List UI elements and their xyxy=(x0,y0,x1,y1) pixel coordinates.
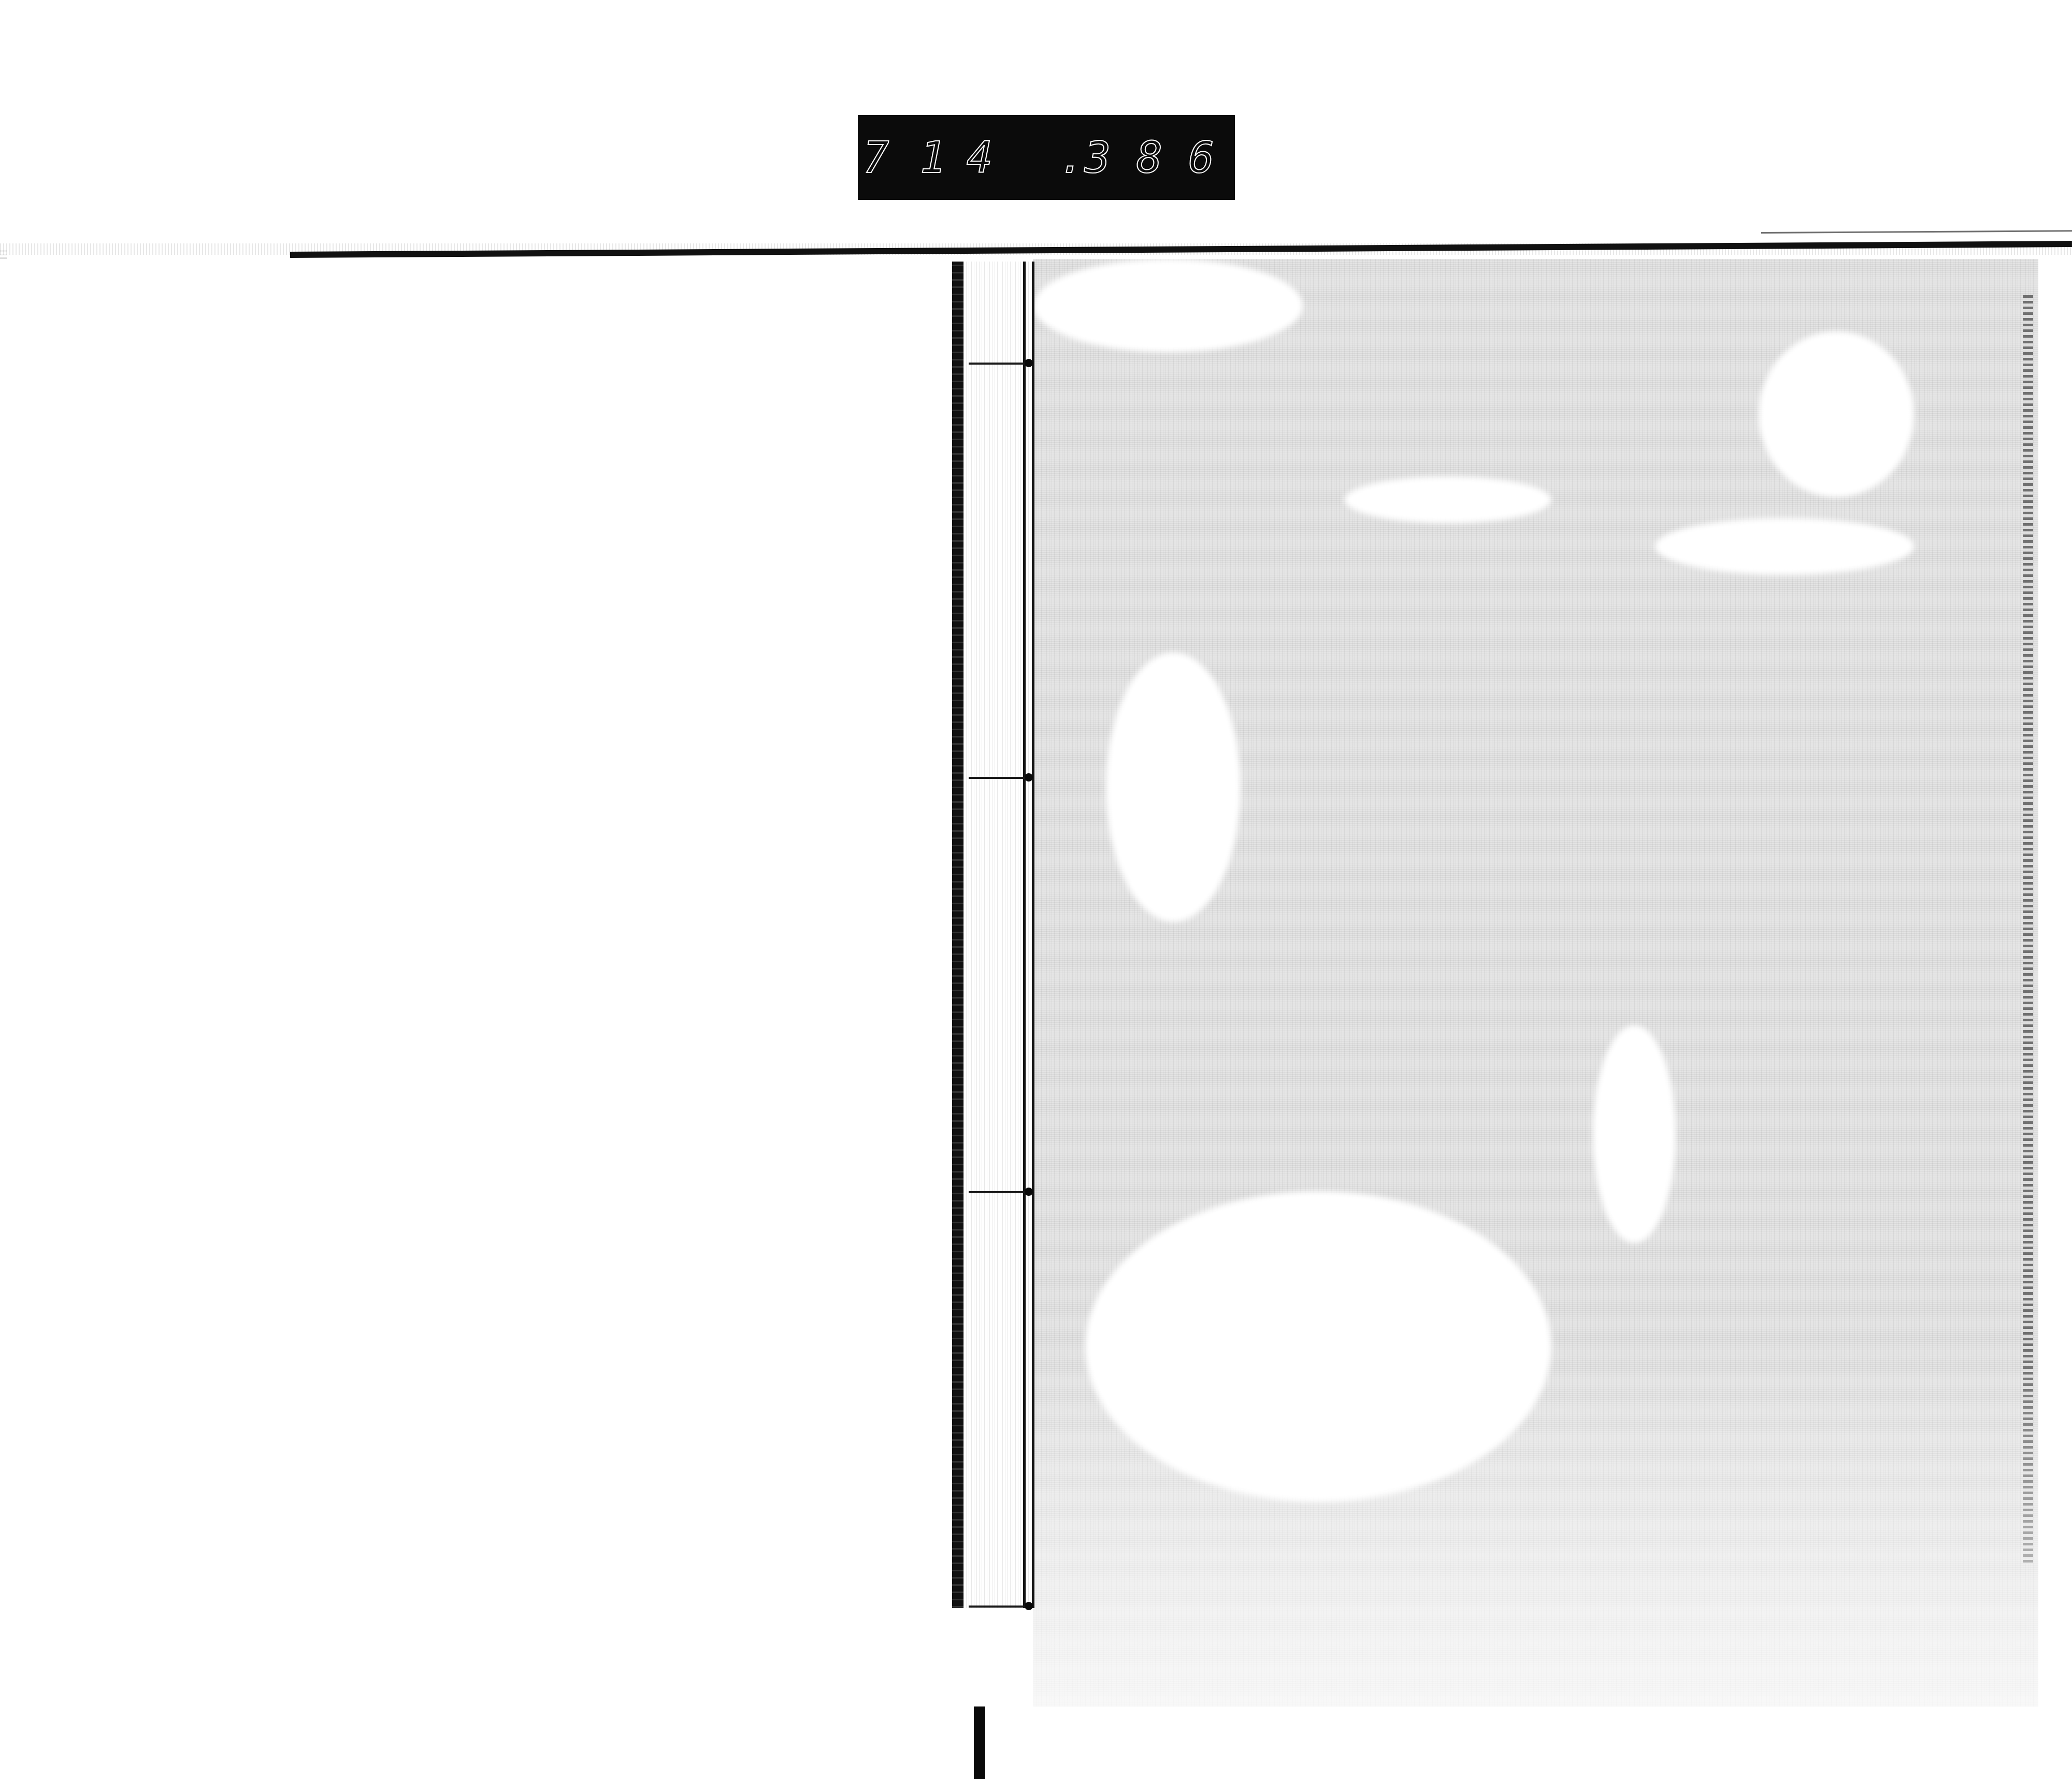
scanned-page: 7 1 4 . 3 8 6 xyxy=(0,0,2072,1779)
binding-stitch xyxy=(969,777,1031,779)
shelf-mark-digit: 6 xyxy=(1183,132,1219,183)
binding-strip xyxy=(963,262,1030,1608)
shelf-mark-digit: 3 xyxy=(1080,132,1116,183)
cover-wear-spot xyxy=(1033,259,1303,352)
shelf-mark-digit: 1 xyxy=(915,132,951,183)
left-blank-page xyxy=(0,259,956,1779)
cover-wear-spot xyxy=(1344,476,1551,523)
binding-thread xyxy=(1023,262,1026,1608)
cover-wear-spot xyxy=(1593,1025,1676,1243)
shelf-mark-decimal-point: . xyxy=(1059,132,1080,183)
spine-shadow xyxy=(952,262,963,1608)
shelf-mark-digit: 4 xyxy=(961,132,998,183)
stitch-knot-icon xyxy=(1025,773,1033,782)
spine-tail xyxy=(974,1706,985,1779)
shelf-mark-digit: 8 xyxy=(1131,132,1168,183)
shelf-mark-label: 7 1 4 . 3 8 6 xyxy=(858,115,1235,200)
stitch-knot-icon xyxy=(1025,1602,1033,1610)
cover-bottom-fade xyxy=(1033,1347,2038,1709)
cover-wear-spot xyxy=(1759,331,1914,497)
stitch-knot-icon xyxy=(1025,359,1033,367)
cover-wear-spot xyxy=(1106,653,1241,922)
shelf-mark-digit: 7 xyxy=(858,132,894,183)
cover-wear-spot xyxy=(1655,518,1914,575)
binding-thread xyxy=(1032,262,1034,1608)
stitch-knot-icon xyxy=(1025,1188,1033,1196)
binding-stitch xyxy=(969,363,1031,365)
binding-stitch xyxy=(969,1606,1031,1608)
binding-stitch xyxy=(969,1191,1031,1193)
shelf-mark-digits: 7 1 4 . 3 8 6 xyxy=(858,132,1235,183)
